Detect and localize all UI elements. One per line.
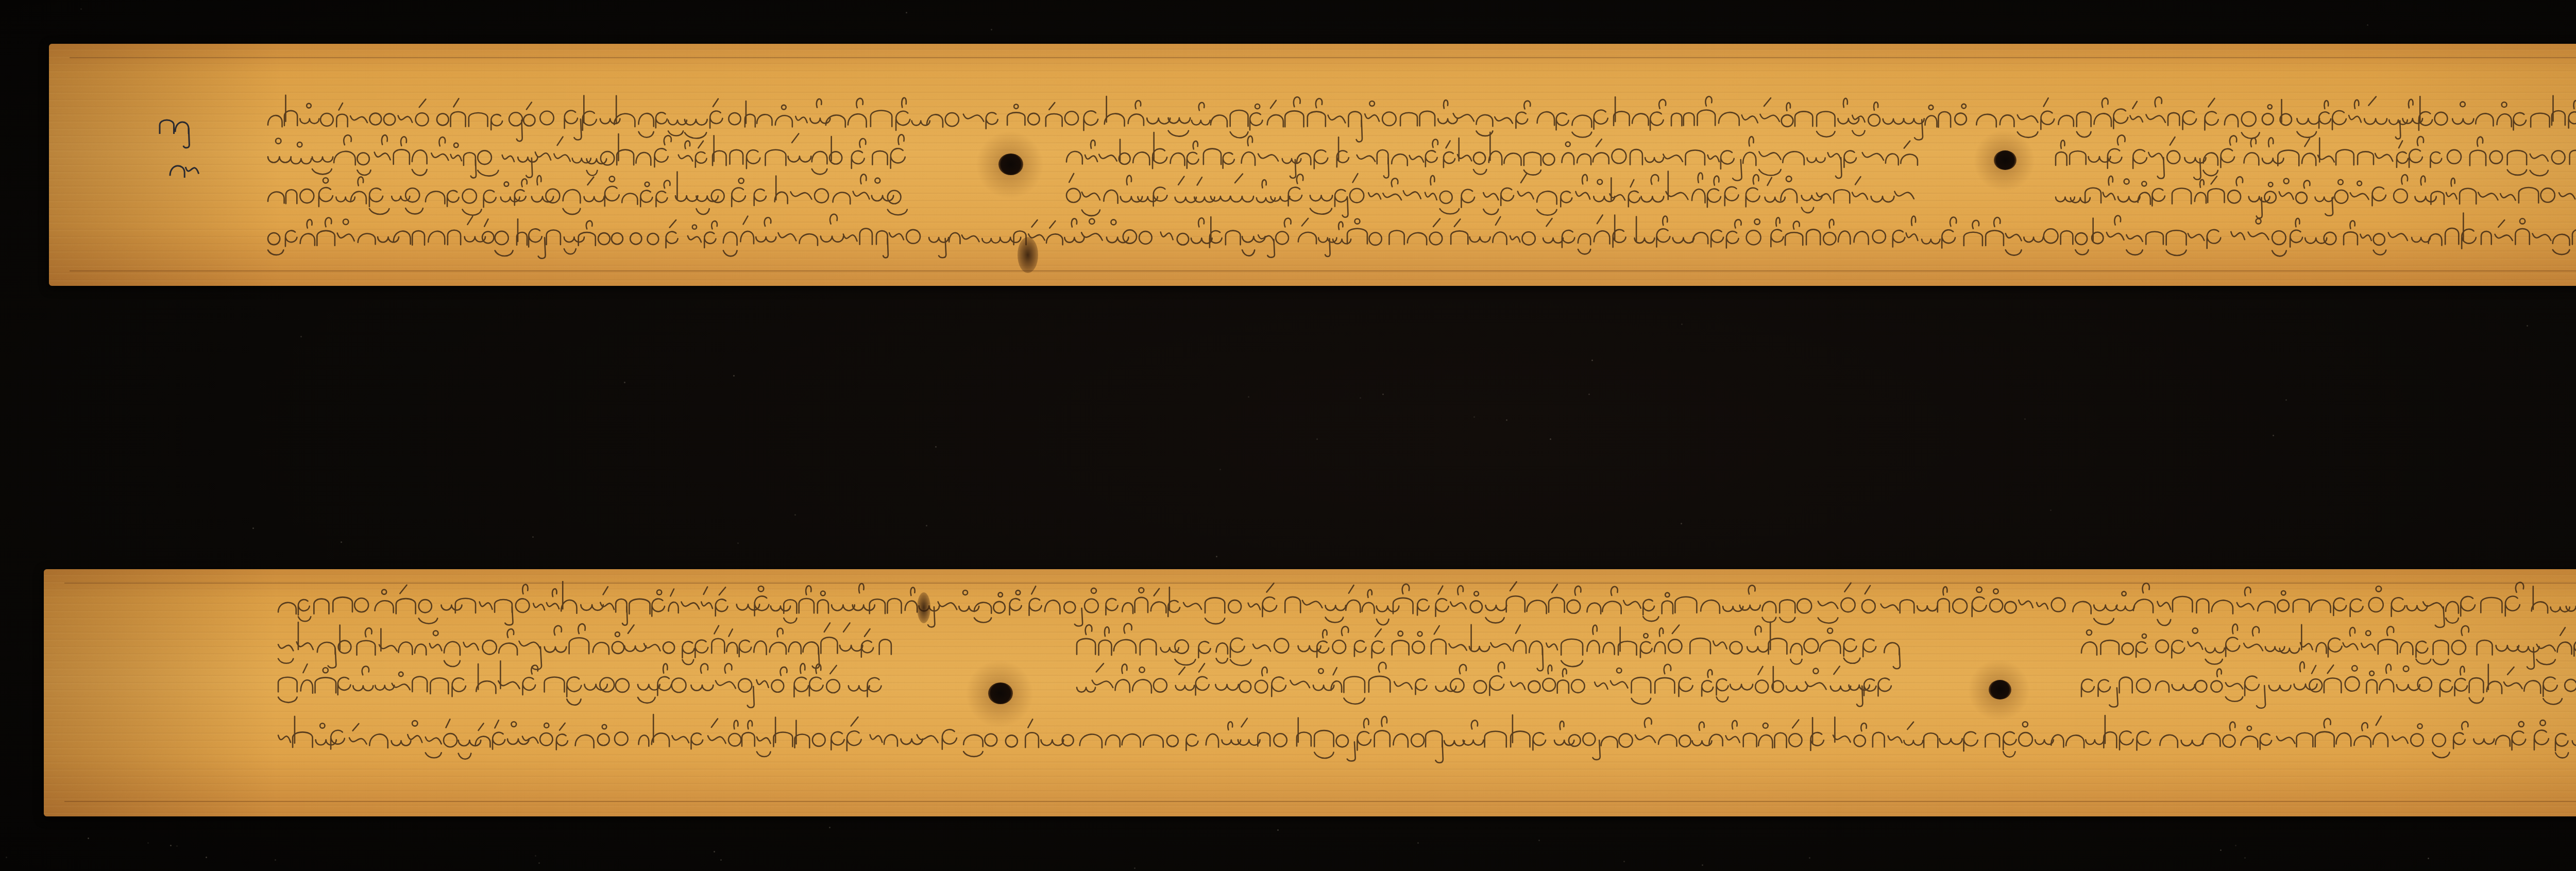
leaf-ruling-line [64,583,2576,584]
ink-stain [1018,237,1038,273]
dust-speck [1681,323,1683,325]
dust-speck [1623,861,1625,862]
dust-speck [1134,867,1136,869]
dust-speck [2367,24,2368,26]
dust-speck [720,859,722,861]
binding-hole-icon [1989,680,2011,699]
dust-speck [252,527,254,529]
dust-speck [538,862,540,864]
dust-speck [991,29,992,30]
dust-speck [206,857,207,858]
dust-speck [341,541,342,543]
dust-speck [300,336,302,337]
dust-speck [737,542,739,544]
dust-speck [275,859,276,861]
dust-speck [1382,394,1384,395]
binding-hole-icon [998,153,1023,175]
ink-stain [917,592,930,623]
dust-speck [794,514,796,516]
dust-speck [80,8,82,10]
dust-speck [926,525,927,526]
dust-speck [1588,394,1590,395]
manuscript-text [49,44,2576,286]
leaf-ruling-line [64,801,2576,802]
script-lines [268,95,2576,259]
dust-speck [1809,857,1810,859]
dust-speck [1550,438,1551,440]
dust-speck [1360,397,1361,399]
dust-speck [906,12,907,13]
dust-speck [147,842,149,844]
binding-hole-icon [1994,150,2016,170]
dust-speck [2244,857,2246,859]
dust-speck [2428,858,2429,859]
dust-speck [1702,864,1703,866]
dust-speck [1417,842,1419,844]
palm-leaf-top: Palm leaf folio (upper) Burmese (Myanmar… [49,44,2576,286]
marginal-leaf-number [170,166,199,178]
palm-leaf-bottom: Palm leaf folio (lower) Burmese (Myanmar… [44,569,2576,816]
dust-speck [176,845,178,847]
dust-speck [170,845,172,846]
dust-speck [1591,360,1593,361]
dust-speck [2050,509,2052,511]
dust-speck [532,536,534,538]
dust-speck [2220,849,2222,851]
dust-speck [2235,845,2236,846]
dust-speck [88,838,89,839]
dust-speck [2527,325,2528,327]
binding-hole-icon [988,682,1013,704]
manuscript-text [44,569,2576,816]
leaf-ruling-line [70,57,2576,58]
dust-speck [1216,556,1217,557]
dust-speck [1248,396,1249,398]
dust-speck [714,851,715,852]
marginal-leaf-number [160,120,189,148]
dust-speck [1538,840,1540,841]
dust-speck [1316,438,1318,440]
leaf-ruling-line [70,270,2576,271]
dust-speck [1681,523,1682,524]
dust-speck [2285,399,2287,401]
dust-speck [535,855,536,857]
dust-speck [6,857,7,858]
dust-speck [2024,418,2026,420]
dust-speck [1219,469,1221,470]
dust-speck [1473,416,1475,418]
dust-speck [935,446,937,448]
dust-speck [2273,435,2274,436]
script-lines [278,582,2576,763]
dust-speck [829,827,831,828]
dust-speck [624,382,625,383]
dust-speck [1277,829,1279,831]
dust-speck [733,375,735,377]
dust-speck [1506,419,1507,421]
